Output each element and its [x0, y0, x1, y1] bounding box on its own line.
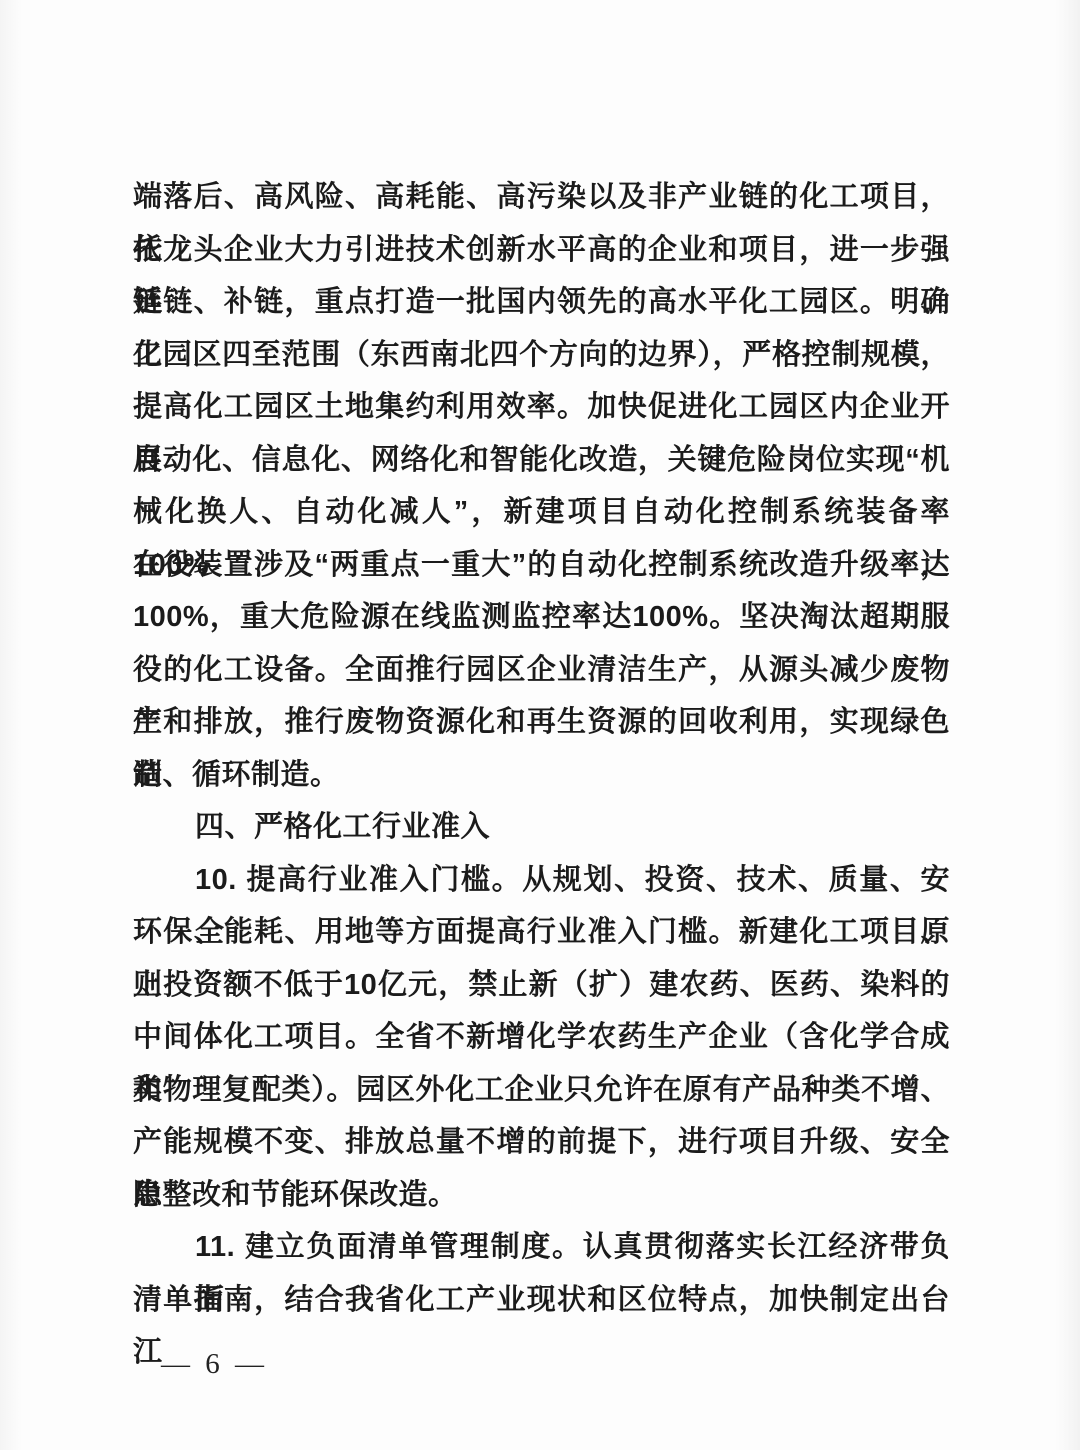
text-line: 环保、能耗、用地等方面提高行业准入门槛。新建化工项目原则 [133, 906, 950, 959]
text-line: 和物理复配类）。园区外化工企业只允许在原有产品种类不增、 [133, 1064, 950, 1117]
text-line: 工园区四至范围（东西南北四个方向的边界），严格控制规模， [133, 329, 950, 382]
text-line: 造、循环制造。 [133, 749, 950, 802]
text-line: 役的化工设备。全面推行园区企业清洁生产，从源头减少废物产 [133, 644, 950, 697]
text-line: 100%，重大危险源在线监测监控率达100%。坚决淘汰超期服 [133, 591, 950, 644]
text-line: 提高化工园区土地集约利用效率。加快促进化工园区内企业开展 [133, 381, 950, 434]
text-line: 患整改和节能环保改造。 [133, 1169, 950, 1222]
text-line: 在役装置涉及“两重点一重大”的自动化控制系统改造升级率达 [133, 539, 950, 592]
text-line: 11. 建立负面清单管理制度。认真贯彻落实长江经济带负面 [133, 1221, 950, 1274]
text-line: 端落后、高风险、高耗能、高污染以及非产业链的化工项目，依 [133, 171, 950, 224]
text-line: 自动化、信息化、网络化和智能化改造，关键危险岗位实现“机 [133, 434, 950, 487]
page-number: — 6 — [161, 1348, 268, 1381]
text-line: 生和排放，推行废物资源化和再生资源的回收利用，实现绿色制 [133, 696, 950, 749]
text-line: 托龙头企业大力引进技术创新水平高的企业和项目，进一步强链、 [133, 224, 950, 277]
text-line: 械化换人、自动化减人”，新建项目自动化控制系统装备率100%， [133, 486, 950, 539]
document-page: 端落后、高风险、高耗能、高污染以及非产业链的化工项目，依 托龙头企业大力引进技术… [0, 0, 1080, 1450]
text-line: 中间体化工项目。全省不新增化学农药生产企业（含化学合成类 [133, 1011, 950, 1064]
text-line: 清单指南，结合我省化工产业现状和区位特点，加快制定出台江 [133, 1274, 950, 1327]
text-line: 上投资额不低于10亿元，禁止新（扩）建农药、医药、染料的 [133, 959, 950, 1012]
text-line: 10. 提高行业准入门槛。从规划、投资、技术、质量、安全、 [133, 854, 950, 907]
text-line: 延链、补链，重点打造一批国内领先的高水平化工园区。明确化 [133, 276, 950, 329]
section-heading: 四、严格化工行业准入 [133, 801, 950, 854]
text-line: 产能规模不变、排放总量不增的前提下，进行项目升级、安全隐 [133, 1116, 950, 1169]
body-text-block: 端落后、高风险、高耗能、高污染以及非产业链的化工项目，依 托龙头企业大力引进技术… [133, 171, 950, 1326]
